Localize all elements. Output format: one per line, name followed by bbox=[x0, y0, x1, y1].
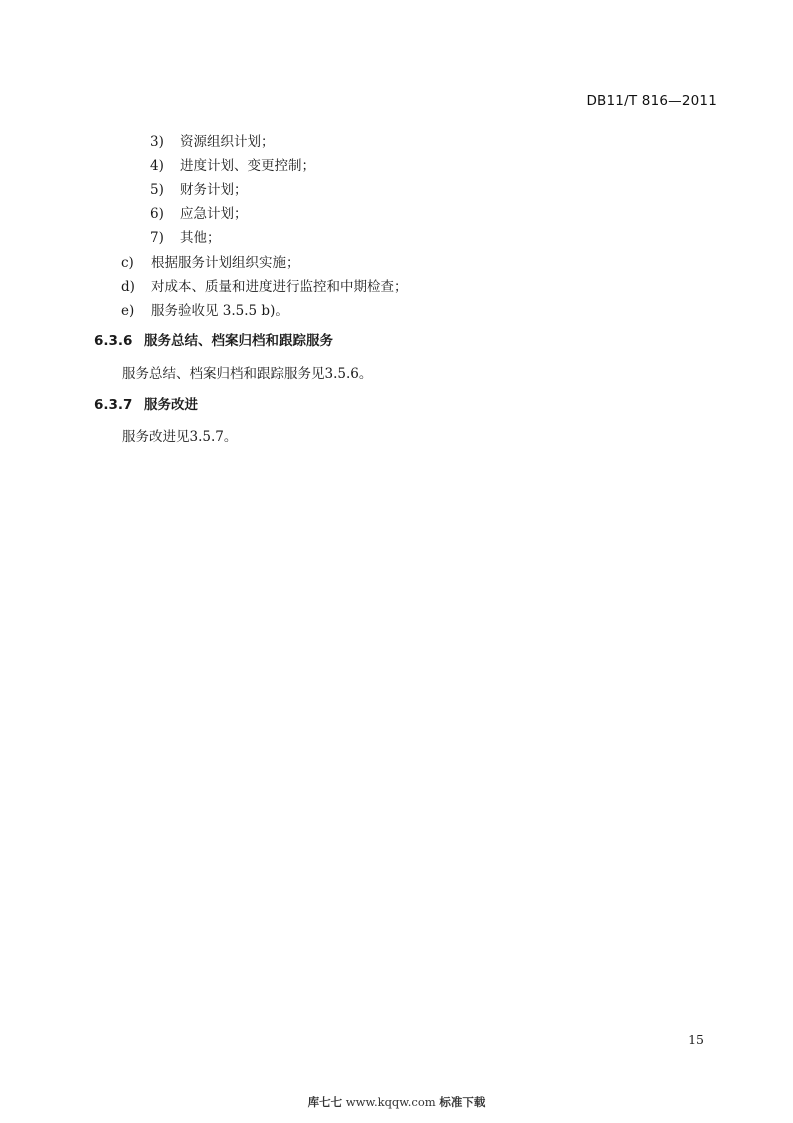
list-item: 4)进度计划、变更控制； bbox=[150, 157, 315, 175]
list-item: 3)资源组织计划； bbox=[150, 133, 275, 151]
list-number: 5) bbox=[150, 181, 180, 199]
footer-tagline: 标准下载 bbox=[439, 1095, 485, 1109]
list-item: 6)应急计划； bbox=[150, 205, 248, 223]
list-letter: d) bbox=[121, 278, 151, 296]
list-text: 进度计划、变更控制； bbox=[180, 158, 315, 174]
list-text: 对成本、质量和进度进行监控和中期检查； bbox=[151, 279, 408, 295]
footer-site-name: 库七七 bbox=[308, 1095, 343, 1109]
list-text: 其他； bbox=[180, 230, 221, 246]
list-text: 财务计划； bbox=[180, 182, 248, 198]
list-letter: c) bbox=[121, 254, 151, 272]
list-text: 应急计划； bbox=[180, 206, 248, 222]
list-number: 7) bbox=[150, 229, 180, 247]
section-heading-6-3-7: 6.3.7服务改进 bbox=[94, 396, 198, 414]
list-item: 7)其他； bbox=[150, 229, 221, 247]
list-item: c)根据服务计划组织实施； bbox=[121, 254, 300, 272]
list-number: 3) bbox=[150, 133, 180, 151]
list-text: 服务验收见 3.5.5 b)。 bbox=[151, 303, 289, 319]
page-number: 15 bbox=[688, 1032, 704, 1047]
list-item: e)服务验收见 3.5.5 b)。 bbox=[121, 302, 289, 320]
list-text: 根据服务计划组织实施； bbox=[151, 255, 300, 271]
section-heading-6-3-6: 6.3.6服务总结、档案归档和跟踪服务 bbox=[94, 332, 333, 350]
section-body: 服务改进见3.5.7。 bbox=[122, 428, 237, 446]
list-letter: e) bbox=[121, 302, 151, 320]
section-number: 6.3.7 bbox=[94, 396, 144, 414]
list-number: 4) bbox=[150, 157, 180, 175]
footer-url: www.kqqw.com bbox=[346, 1095, 436, 1109]
section-title: 服务总结、档案归档和跟踪服务 bbox=[144, 333, 333, 349]
document-id-header: DB11/T 816—2011 bbox=[586, 93, 717, 109]
footer-watermark: 库七七 www.kqqw.com 标准下载 bbox=[0, 1094, 793, 1110]
section-body: 服务总结、档案归档和跟踪服务见3.5.6。 bbox=[122, 365, 372, 383]
list-number: 6) bbox=[150, 205, 180, 223]
section-title: 服务改进 bbox=[144, 397, 198, 413]
list-item: d)对成本、质量和进度进行监控和中期检查； bbox=[121, 278, 408, 296]
list-text: 资源组织计划； bbox=[180, 134, 275, 150]
list-item: 5)财务计划； bbox=[150, 181, 248, 199]
section-number: 6.3.6 bbox=[94, 332, 144, 350]
